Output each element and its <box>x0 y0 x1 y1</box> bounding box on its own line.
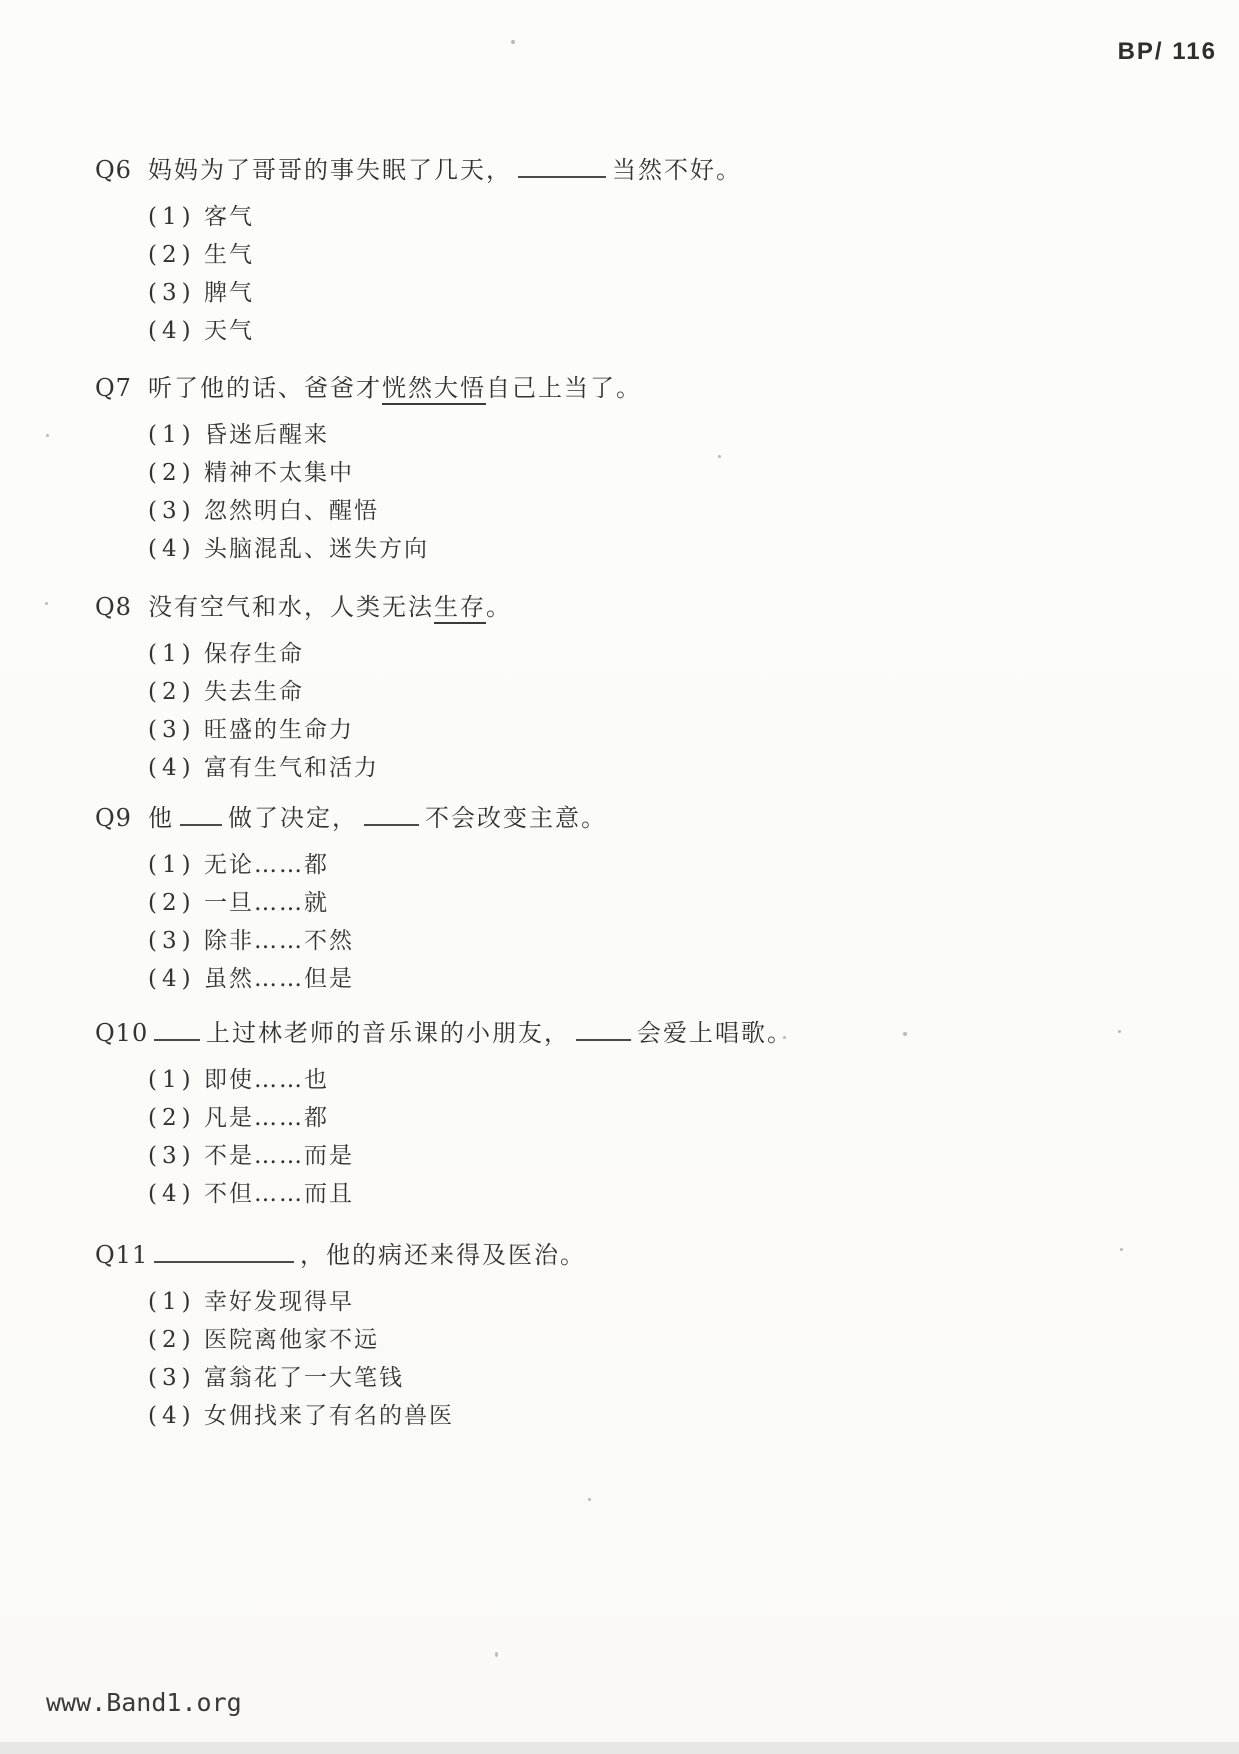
option-number: (4) <box>148 1175 196 1213</box>
option-4: (4)不但……而且 <box>148 1175 1179 1213</box>
footer-bar <box>0 1742 1239 1754</box>
scan-speckle-dot <box>718 455 721 458</box>
question-q11: Q11，他的病还来得及医治。 (1)幸好发现得早 (2)医院离他家不远 (3)富… <box>95 1240 1179 1435</box>
option-1: (1)即使……也 <box>148 1061 1179 1099</box>
scan-speckle-dot <box>46 434 49 437</box>
question-number: Q7 <box>95 374 148 402</box>
underlined-term: 恍然大悟 <box>382 374 486 405</box>
option-number: (3) <box>148 1137 196 1175</box>
option-text: 除非……不然 <box>204 928 354 954</box>
option-number: (1) <box>148 1061 196 1099</box>
prompt-segment: 没有空气和水，人类无法 <box>148 593 434 621</box>
prompt-segment: 妈妈为了哥哥的事失眠了几天， <box>148 156 512 184</box>
option-text: 保存生命 <box>204 641 304 667</box>
prompt-segment: 自己上当了。 <box>486 374 642 402</box>
option-text: 旺盛的生命力 <box>204 717 354 743</box>
underlined-term: 生存 <box>434 593 486 624</box>
prompt-segment: 会爱上唱歌。 <box>637 1019 793 1047</box>
option-number: (1) <box>148 416 196 454</box>
option-number: (4) <box>148 530 196 568</box>
option-text: 忽然明白、醒悟 <box>204 498 379 524</box>
option-number: (1) <box>148 635 196 673</box>
option-text: 凡是……都 <box>204 1105 329 1131</box>
question-q7: Q7听了他的话、爸爸才恍然大悟自己上当了。 (1)昏迷后醒来 (2)精神不太集中… <box>95 373 1179 568</box>
scan-speckle-dot <box>903 1032 907 1036</box>
option-number: (2) <box>148 1321 196 1359</box>
option-2: (2)精神不太集中 <box>148 454 1179 492</box>
fill-in-blank <box>154 1018 200 1041</box>
footer-site-url: www.Band1.org <box>46 1688 242 1717</box>
option-text: 精神不太集中 <box>204 460 354 486</box>
question-prompt: 上过林老师的音乐课的小朋友，会爱上唱歌。 <box>148 1019 793 1047</box>
option-2: (2)一旦……就 <box>148 884 1179 922</box>
options-list: (1)昏迷后醒来 (2)精神不太集中 (3)忽然明白、醒悟 (4)头脑混乱、迷失… <box>148 416 1179 568</box>
option-text: 不但……而且 <box>204 1181 354 1207</box>
option-number: (1) <box>148 198 196 236</box>
question-prompt: 听了他的话、爸爸才恍然大悟自己上当了。 <box>148 374 642 405</box>
question-number: Q11 <box>95 1241 148 1269</box>
option-4: (4)富有生气和活力 <box>148 749 1179 787</box>
option-number: (3) <box>148 492 196 530</box>
prompt-segment: 当然不好。 <box>612 156 742 184</box>
question-number: Q10 <box>95 1019 148 1047</box>
question-q10: Q10上过林老师的音乐课的小朋友，会爱上唱歌。 (1)即使……也 (2)凡是……… <box>95 1018 1179 1213</box>
option-text: 一旦……就 <box>204 890 329 916</box>
option-number: (2) <box>148 673 196 711</box>
scanned-exam-page: BP/ 116 Q6妈妈为了哥哥的事失眠了几天，当然不好。 (1)客气 (2)生… <box>0 0 1239 1754</box>
prompt-segment: 他 <box>148 804 174 832</box>
option-3: (3)除非……不然 <box>148 922 1179 960</box>
option-number: (3) <box>148 1359 196 1397</box>
option-number: (2) <box>148 884 196 922</box>
options-list: (1)即使……也 (2)凡是……都 (3)不是……而是 (4)不但……而且 <box>148 1061 1179 1213</box>
question-number: Q9 <box>95 804 148 832</box>
option-text: 脾气 <box>204 280 254 306</box>
fill-in-blank <box>518 155 606 178</box>
scan-speckle-dot <box>45 602 48 605</box>
option-text: 虽然……但是 <box>204 966 354 992</box>
option-number: (1) <box>148 1283 196 1321</box>
option-number: (4) <box>148 749 196 787</box>
scan-speckle-dot <box>1118 1030 1121 1033</box>
scan-speckle-dot <box>783 1036 786 1039</box>
option-2: (2)凡是……都 <box>148 1099 1179 1137</box>
question-q8: Q8没有空气和水，人类无法生存。 (1)保存生命 (2)失去生命 (3)旺盛的生… <box>95 592 1179 787</box>
option-text: 即使……也 <box>204 1067 329 1093</box>
option-2: (2)失去生命 <box>148 673 1179 711</box>
prompt-segment: 不会改变主意。 <box>425 804 607 832</box>
question-prompt: 没有空气和水，人类无法生存。 <box>148 593 512 624</box>
option-number: (3) <box>148 922 196 960</box>
option-text: 天气 <box>204 318 254 344</box>
option-text: 客气 <box>204 204 254 230</box>
prompt-segment: 。 <box>486 593 512 621</box>
options-list: (1)幸好发现得早 (2)医院离他家不远 (3)富翁花了一大笔钱 (4)女佣找来… <box>148 1283 1179 1435</box>
scan-speckle-dot <box>511 40 515 44</box>
question-q9: Q9他做了决定，不会改变主意。 (1)无论……都 (2)一旦……就 (3)除非…… <box>95 803 1179 998</box>
option-4: (4)女佣找来了有名的兽医 <box>148 1397 1179 1435</box>
option-number: (3) <box>148 274 196 312</box>
option-text: 不是……而是 <box>204 1143 354 1169</box>
question-q6: Q6妈妈为了哥哥的事失眠了几天，当然不好。 (1)客气 (2)生气 (3)脾气 … <box>95 155 1179 350</box>
question-prompt: 他做了决定，不会改变主意。 <box>148 804 607 832</box>
option-text: 无论……都 <box>204 852 329 878</box>
option-text: 幸好发现得早 <box>204 1289 354 1315</box>
option-number: (2) <box>148 236 196 274</box>
prompt-segment: 上过林老师的音乐课的小朋友， <box>206 1019 570 1047</box>
scan-speckle-dot <box>495 1652 498 1657</box>
option-number: (4) <box>148 960 196 998</box>
option-text: 医院离他家不远 <box>204 1327 379 1353</box>
scan-speckle-dot <box>588 1498 591 1501</box>
scan-speckle-dot <box>1120 1248 1123 1251</box>
option-3: (3)忽然明白、醒悟 <box>148 492 1179 530</box>
option-text: 生气 <box>204 242 254 268</box>
question-number: Q6 <box>95 156 148 184</box>
option-4: (4)虽然……但是 <box>148 960 1179 998</box>
option-3: (3)旺盛的生命力 <box>148 711 1179 749</box>
options-list: (1)保存生命 (2)失去生命 (3)旺盛的生命力 (4)富有生气和活力 <box>148 635 1179 787</box>
question-prompt: 妈妈为了哥哥的事失眠了几天，当然不好。 <box>148 156 742 184</box>
fill-in-blank <box>576 1018 631 1041</box>
option-1: (1)客气 <box>148 198 1179 236</box>
options-list: (1)客气 (2)生气 (3)脾气 (4)天气 <box>148 198 1179 350</box>
option-number: (4) <box>148 1397 196 1435</box>
option-1: (1)保存生命 <box>148 635 1179 673</box>
prompt-segment: 做了决定， <box>228 804 358 832</box>
fill-in-blank <box>180 803 222 826</box>
option-text: 富有生气和活力 <box>204 755 379 781</box>
option-1: (1)昏迷后醒来 <box>148 416 1179 454</box>
option-3: (3)富翁花了一大笔钱 <box>148 1359 1179 1397</box>
option-1: (1)幸好发现得早 <box>148 1283 1179 1321</box>
option-3: (3)不是……而是 <box>148 1137 1179 1175</box>
question-prompt: ，他的病还来得及医治。 <box>148 1241 586 1269</box>
option-number: (2) <box>148 454 196 492</box>
option-text: 富翁花了一大笔钱 <box>204 1365 404 1391</box>
options-list: (1)无论……都 (2)一旦……就 (3)除非……不然 (4)虽然……但是 <box>148 846 1179 998</box>
fill-in-blank <box>364 803 419 826</box>
option-text: 头脑混乱、迷失方向 <box>204 536 429 562</box>
option-2: (2)生气 <box>148 236 1179 274</box>
option-text: 女佣找来了有名的兽医 <box>204 1403 454 1429</box>
option-number: (3) <box>148 711 196 749</box>
option-2: (2)医院离他家不远 <box>148 1321 1179 1359</box>
page-reference: BP/ 116 <box>1118 38 1217 66</box>
option-4: (4)头脑混乱、迷失方向 <box>148 530 1179 568</box>
question-number: Q8 <box>95 593 148 621</box>
option-number: (4) <box>148 312 196 350</box>
option-number: (2) <box>148 1099 196 1137</box>
option-3: (3)脾气 <box>148 274 1179 312</box>
option-text: 昏迷后醒来 <box>204 422 329 448</box>
option-1: (1)无论……都 <box>148 846 1179 884</box>
prompt-segment: 听了他的话、爸爸才 <box>148 374 382 402</box>
option-text: 失去生命 <box>204 679 304 705</box>
option-4: (4)天气 <box>148 312 1179 350</box>
fill-in-blank <box>154 1240 294 1263</box>
option-number: (1) <box>148 846 196 884</box>
prompt-segment: ，他的病还来得及医治。 <box>300 1241 586 1269</box>
